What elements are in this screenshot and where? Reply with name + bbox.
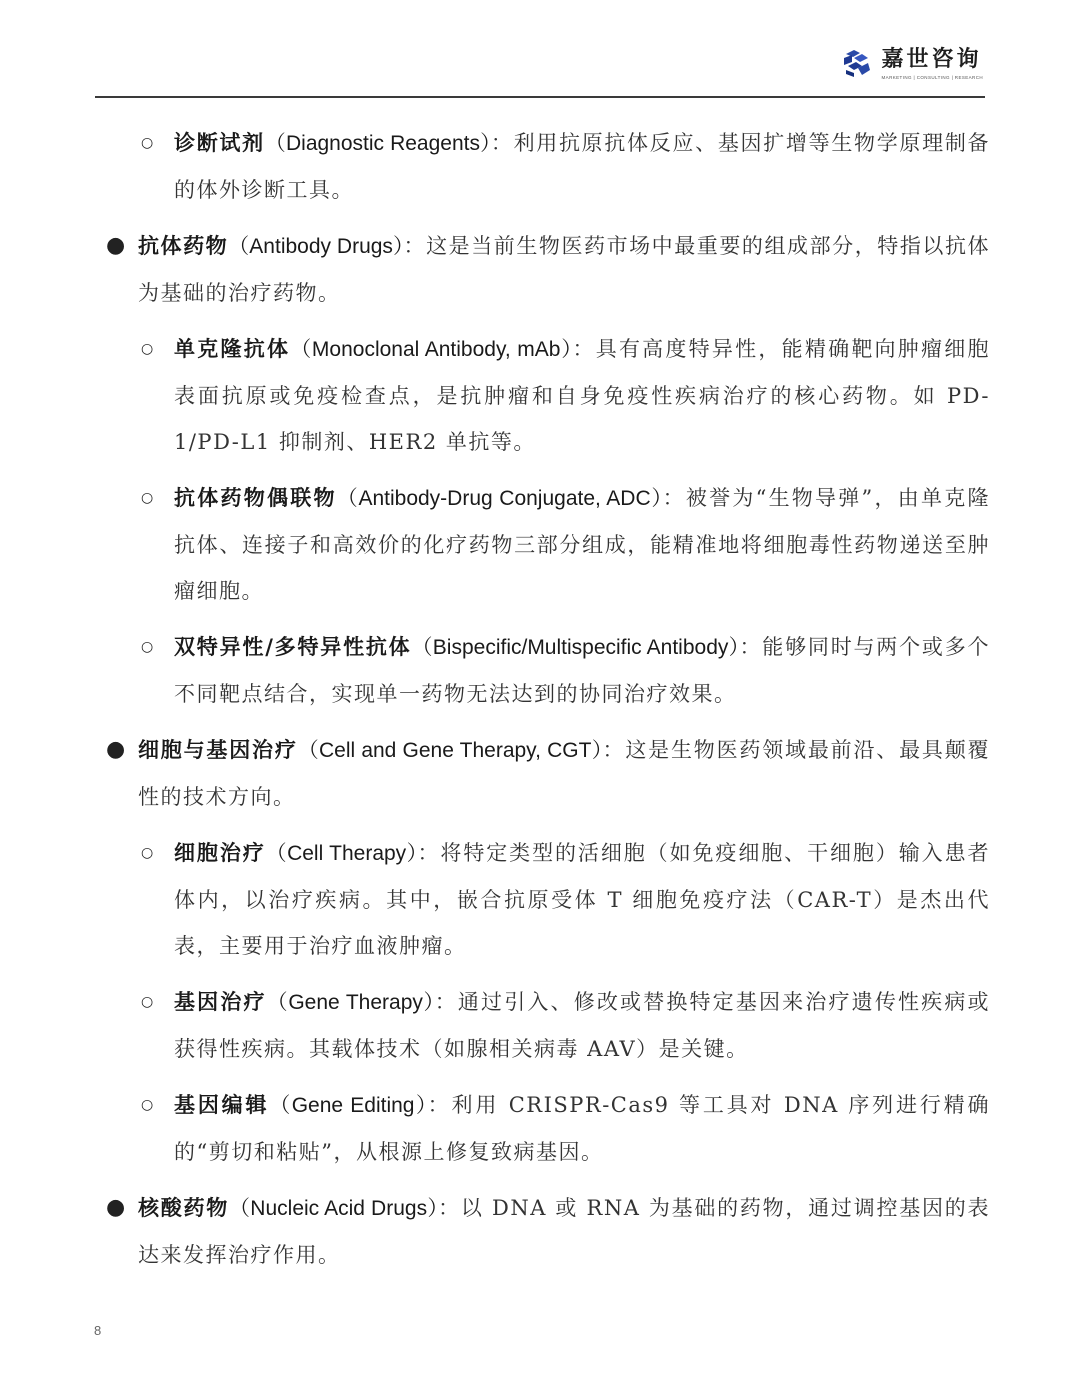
list-item-monoclonal-antibody: ○ 单克隆抗体（Monoclonal Antibody, mAb）：具有高度特异… xyxy=(100,326,990,465)
solid-bullet-icon: ● xyxy=(106,1185,127,1231)
term-english: （Cell and Gene Therapy, CGT） xyxy=(298,739,603,762)
hollow-bullet-icon: ○ xyxy=(141,830,155,876)
logo-tagline: MARKETING | CONSULTING | RESEARCH xyxy=(882,75,983,80)
term-english: （Antibody-Drug Conjugate, ADC） xyxy=(337,487,663,510)
list-item-nucleic-acid-drugs: ● 核酸药物（Nucleic Acid Drugs）：以 DNA 或 RNA 为… xyxy=(100,1185,990,1278)
logo-chinese-name: 嘉世咨询 xyxy=(882,47,982,73)
list-item-cell-therapy: ○ 细胞治疗（Cell Therapy）：将特定类型的活细胞（如免疫细胞、干细胞… xyxy=(100,830,990,969)
term-english: （Monoclonal Antibody, mAb） xyxy=(290,338,572,361)
term-english: （Gene Therapy） xyxy=(267,991,435,1014)
term-chinese: 基因治疗 xyxy=(174,989,267,1014)
list-item-gene-therapy: ○ 基因治疗（Gene Therapy）：通过引入、修改或替换特定基因来治疗遗传… xyxy=(100,979,990,1072)
list-item-diagnostic-reagents: ○ 诊断试剂（Diagnostic Reagents）：利用抗原抗体反应、基因扩… xyxy=(100,120,990,213)
page-number: 8 xyxy=(94,1323,101,1338)
term-english: （Nucleic Acid Drugs） xyxy=(229,1197,438,1220)
document-body: ○ 诊断试剂（Diagnostic Reagents）：利用抗原抗体反应、基因扩… xyxy=(100,120,990,1288)
term-chinese: 抗体药物偶联物 xyxy=(174,485,337,510)
solid-bullet-icon: ● xyxy=(106,727,127,773)
term-chinese: 抗体药物 xyxy=(138,233,228,258)
term-english: （Antibody Drugs） xyxy=(228,235,403,258)
list-item-cgt: ● 细胞与基因治疗（Cell and Gene Therapy, CGT）：这是… xyxy=(100,727,990,820)
page-header: 嘉世咨询 MARKETING | CONSULTING | RESEARCH xyxy=(95,40,985,98)
list-item-antibody-drugs: ● 抗体药物（Antibody Drugs）：这是当前生物医药市场中最重要的组成… xyxy=(100,223,990,316)
term-chinese: 细胞治疗 xyxy=(174,840,266,865)
list-item-bispecific-antibody: ○ 双特异性/多特异性抗体（Bispecific/Multispecific A… xyxy=(100,624,990,717)
term-english: （Bispecific/Multispecific Antibody） xyxy=(411,636,739,659)
term-chinese: 诊断试剂 xyxy=(174,130,265,155)
hollow-bullet-icon: ○ xyxy=(141,475,155,521)
hollow-bullet-icon: ○ xyxy=(141,1082,155,1128)
term-chinese: 核酸药物 xyxy=(138,1195,229,1220)
list-item-adc: ○ 抗体药物偶联物（Antibody-Drug Conjugate, ADC）：… xyxy=(100,475,990,614)
jiashi-logo-icon xyxy=(840,46,874,80)
hollow-bullet-icon: ○ xyxy=(141,120,155,166)
term-english: （Cell Therapy） xyxy=(266,842,418,865)
hollow-bullet-icon: ○ xyxy=(141,326,155,372)
term-chinese: 单克隆抗体 xyxy=(174,336,290,361)
hollow-bullet-icon: ○ xyxy=(141,624,155,670)
company-logo: 嘉世咨询 MARKETING | CONSULTING | RESEARCH xyxy=(840,46,983,80)
term-chinese: 基因编辑 xyxy=(174,1092,269,1117)
solid-bullet-icon: ● xyxy=(106,223,127,269)
term-chinese: 细胞与基因治疗 xyxy=(138,737,298,762)
term-english: （Diagnostic Reagents） xyxy=(265,132,491,155)
term-english: （Gene Editing） xyxy=(269,1094,427,1117)
term-chinese: 双特异性/多特异性抗体 xyxy=(174,634,411,659)
hollow-bullet-icon: ○ xyxy=(141,979,155,1025)
list-item-gene-editing: ○ 基因编辑（Gene Editing）：利用 CRISPR-Cas9 等工具对… xyxy=(100,1082,990,1175)
